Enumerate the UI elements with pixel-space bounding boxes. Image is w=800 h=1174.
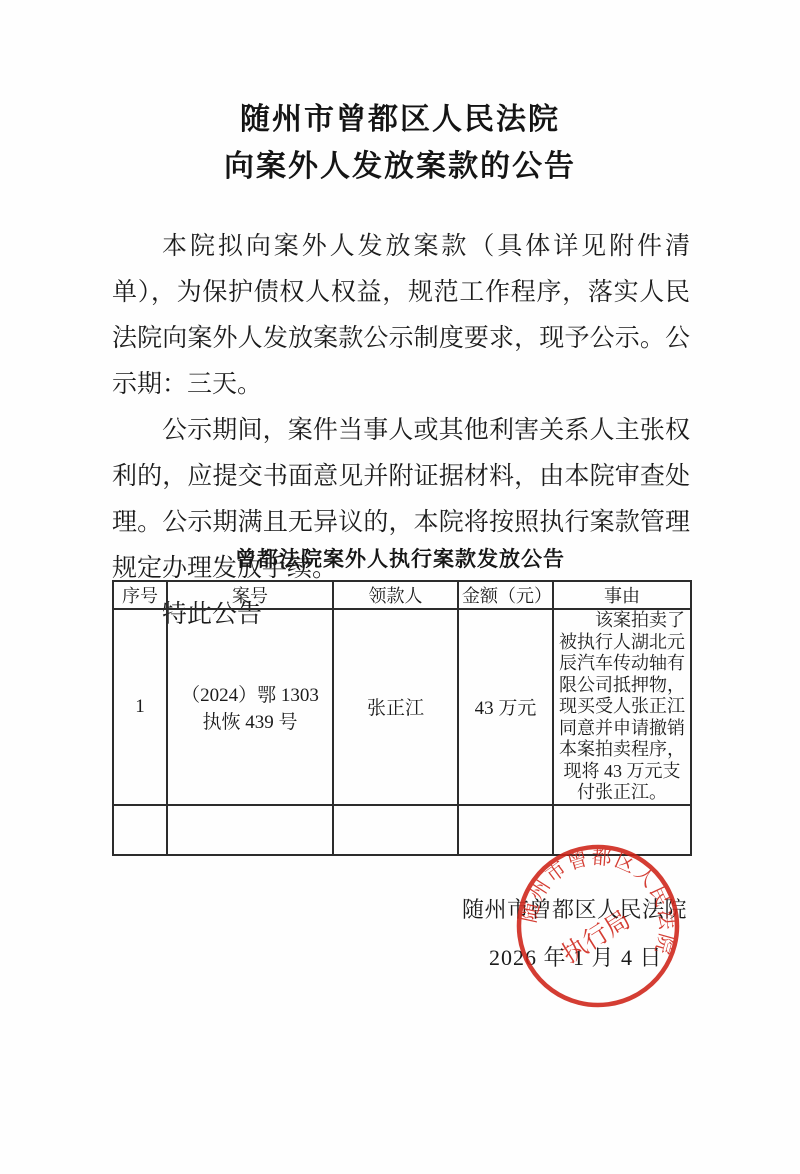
table-title: 曾都法院案外人执行案款发放公告 xyxy=(0,543,800,573)
empty-cell xyxy=(113,805,167,855)
cell-case-no: （2024）鄂 1303 执恢 439 号 xyxy=(167,609,333,805)
empty-cell xyxy=(167,805,333,855)
table-header-row: 序号 案号 领款人 金额（元） 事由 xyxy=(113,581,691,609)
page-title-line2: 向案外人发放案款的公告 xyxy=(0,141,800,185)
cell-seq: 1 xyxy=(113,609,167,805)
empty-cell xyxy=(553,805,691,855)
header-payee: 领款人 xyxy=(333,581,458,609)
header-reason: 事由 xyxy=(553,581,691,609)
announcement-body: 本院拟向案外人发放案款（具体详见附件清单），为保护债权人权益，规范工作程序，落实… xyxy=(112,224,690,638)
table-row-empty xyxy=(113,805,691,855)
court-seal: 随州市曾都区人民法院 执行局 xyxy=(506,838,690,1018)
table-row: 1 （2024）鄂 1303 执恢 439 号 张正江 43 万元 该案拍卖了被… xyxy=(113,609,691,805)
empty-cell xyxy=(458,805,553,855)
header-case-no: 案号 xyxy=(167,581,333,609)
empty-cell xyxy=(333,805,458,855)
cell-amount: 43 万元 xyxy=(458,609,553,805)
page-title-line1: 随州市曾都区人民法院 xyxy=(0,94,800,138)
header-amount: 金额（元） xyxy=(458,581,553,609)
announcement-page: 随州市曾都区人民法院 向案外人发放案款的公告 本院拟向案外人发放案款（具体详见附… xyxy=(0,0,800,1174)
header-seq: 序号 xyxy=(113,581,167,609)
cell-reason: 该案拍卖了被执行人湖北元辰汽车传动轴有限公司抵押物，现买受人张正江同意并申请撤销… xyxy=(553,609,691,805)
payout-table: 序号 案号 领款人 金额（元） 事由 1 （2024）鄂 1303 执恢 439… xyxy=(112,580,692,856)
signature-date: 2026 年 1 月 4 日 xyxy=(489,941,663,972)
body-paragraph-1: 本院拟向案外人发放案款（具体详见附件清单），为保护债权人权益，规范工作程序，落实… xyxy=(112,224,690,408)
signature-court-name: 随州市曾都区人民法院 xyxy=(462,893,687,924)
seal-ring-circle xyxy=(506,838,690,1018)
reason-text: 该案拍卖了被执行人湖北元辰汽车传动轴有限公司抵押物，现买受人张正江同意并申请撤销… xyxy=(557,610,687,804)
cell-payee: 张正江 xyxy=(333,609,458,805)
